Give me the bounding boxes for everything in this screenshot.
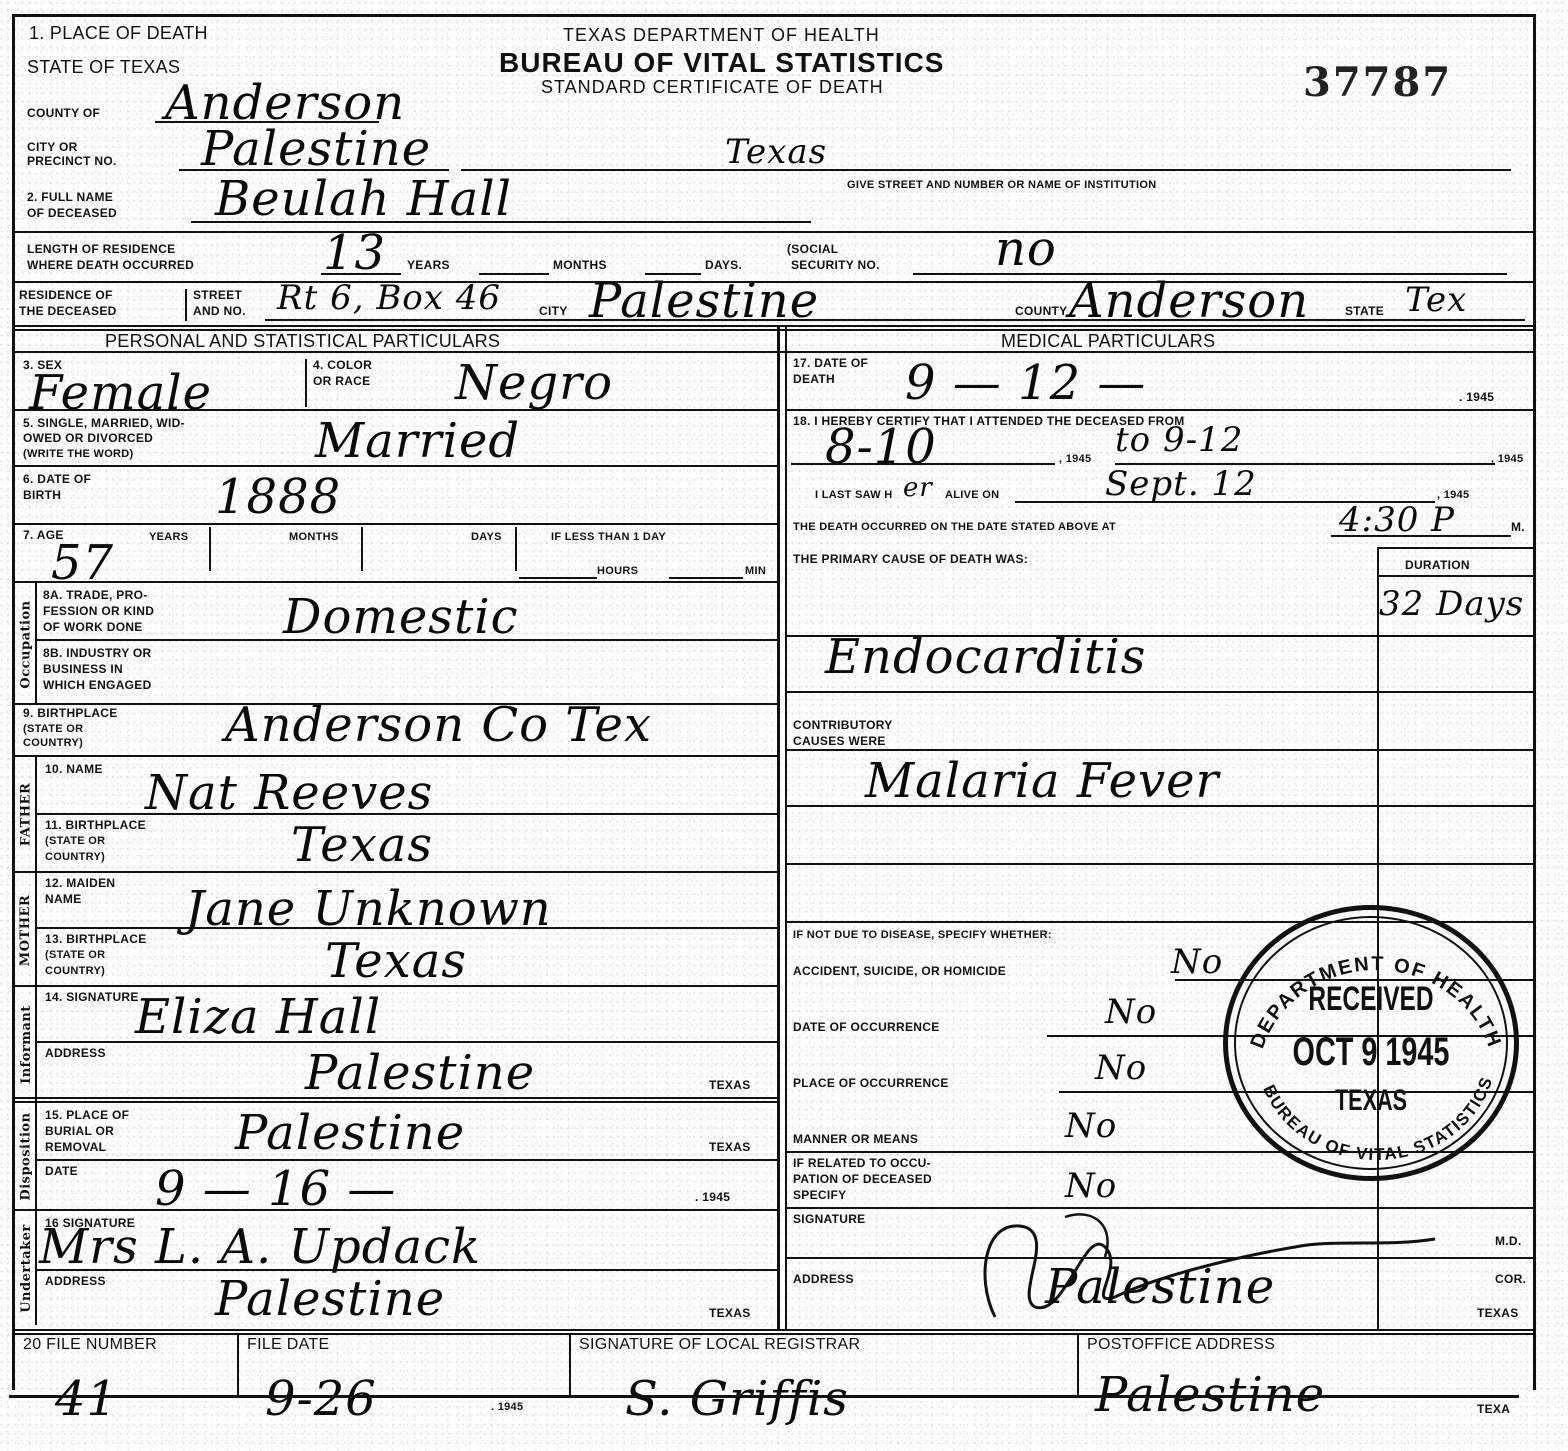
age-hours-label: HOURS — [597, 565, 638, 577]
file-date-label: FILE DATE — [247, 1337, 329, 1353]
residence-underline — [265, 319, 1525, 321]
file-date-value: 9-26 — [265, 1373, 377, 1425]
industry-label-3: WHICH ENGAGED — [43, 679, 152, 692]
burial-year: . 1945 — [695, 1191, 730, 1204]
death-time-label: THE DEATH OCCURRED ON THE DATE STATED AB… — [793, 521, 1116, 533]
divider — [787, 749, 1533, 751]
full-name-label-1: 2. FULL NAME — [27, 191, 113, 204]
dod-year: . 1945 — [1459, 391, 1494, 404]
medical-section-title: MEDICAL PARTICULARS — [1001, 333, 1215, 349]
street-value: Rt 6, Box 46 — [277, 279, 501, 317]
divider — [305, 359, 307, 407]
age-min-label: MIN — [745, 565, 766, 577]
death-time-underline — [1331, 535, 1511, 537]
last-saw-value: Sept. 12 — [1105, 465, 1257, 503]
state-of-texas-label: STATE OF TEXAS — [27, 59, 180, 75]
informant-sig-value: Eliza Hall — [135, 991, 381, 1043]
divider — [237, 1335, 239, 1395]
deceased-name-value: Beulah Hall — [215, 173, 512, 225]
res-state-value: Tex — [1405, 281, 1467, 319]
dob-label-1: 6. DATE OF — [23, 473, 91, 486]
divider — [35, 1159, 777, 1161]
father-name-label: 10. NAME — [45, 763, 103, 776]
physician-signature-label: SIGNATURE — [793, 1213, 865, 1226]
res-city-label: CITY — [539, 305, 568, 318]
informant-addr-label: ADDRESS — [45, 1047, 106, 1060]
marital-label-1: 5. SINGLE, MARRIED, WID- — [23, 417, 185, 430]
months-label: MONTHS — [553, 259, 607, 272]
mother-name-label-1: 12. MAIDEN — [45, 877, 115, 890]
years-underline — [321, 273, 401, 275]
physician-texas: TEXAS — [1477, 1307, 1519, 1320]
ssn-value: no — [995, 223, 1057, 275]
age-years-label: YEARS — [149, 531, 188, 543]
institution-underline — [461, 169, 1511, 171]
divider — [35, 639, 777, 641]
father-side-label: FATHER — [17, 757, 35, 871]
hours-underline — [519, 577, 597, 579]
death-time-suffix: M. — [1511, 521, 1525, 534]
divider — [35, 873, 37, 987]
mother-bp-label-1: 13. BIRTHPLACE — [45, 933, 147, 946]
manner-label: MANNER OR MEANS — [793, 1133, 918, 1146]
divider — [35, 757, 37, 873]
street-label-2: AND NO. — [193, 305, 246, 318]
contributory-label-2: CAUSES WERE — [793, 735, 886, 748]
divider — [1077, 1335, 1079, 1395]
divider — [15, 985, 777, 987]
informant-sig-label: 14. SIGNATURE — [45, 991, 139, 1004]
last-saw-pronoun: er — [903, 473, 933, 503]
res-county-value: Anderson — [1069, 275, 1309, 327]
occ-place-label: PLACE OF OCCURRENCE — [793, 1077, 949, 1090]
undertaker-addr-value: Palestine — [215, 1273, 445, 1325]
divider — [185, 289, 187, 321]
bureau-title: BUREAU OF VITAL STATISTICS — [499, 47, 944, 79]
dod-label-1: 17. DATE OF — [793, 357, 868, 370]
divider — [1377, 547, 1533, 549]
death-time-value: 4:30 P — [1339, 501, 1455, 539]
burial-value: Palestine — [235, 1107, 465, 1159]
res-state-label: STATE — [1345, 305, 1384, 318]
bottom-border — [9, 1395, 1519, 1398]
residence-length-label-2: WHERE DEATH OCCURRED — [27, 259, 194, 272]
birthplace-value: Anderson Co Tex — [225, 699, 652, 751]
birthplace-label-3: COUNTRY) — [23, 737, 83, 749]
registrar-label: SIGNATURE OF LOCAL REGISTRAR — [579, 1337, 860, 1353]
street-label-1: STREET — [193, 289, 242, 302]
informant-side-label: Informant — [17, 989, 35, 1099]
informant-addr-value: Palestine — [305, 1047, 535, 1099]
personal-section-title: PERSONAL AND STATISTICAL PARTICULARS — [105, 333, 500, 349]
divider — [35, 813, 777, 815]
birthplace-label-2: (STATE OR — [23, 723, 83, 735]
race-label-1: 4. COLOR — [313, 359, 372, 372]
informant-texas: TEXAS — [709, 1079, 751, 1092]
mother-bp-label-3: COUNTRY) — [45, 965, 105, 977]
age-less-label: IF LESS THAN 1 DAY — [551, 531, 666, 543]
divider — [15, 409, 777, 411]
manner-value: No — [1065, 1107, 1117, 1145]
duration-label: DURATION — [1405, 559, 1470, 572]
mother-name-label-2: NAME — [45, 893, 82, 906]
file-number-value: 41 — [55, 1373, 118, 1425]
divider — [15, 581, 777, 583]
age-days-label: DAYS — [471, 531, 502, 543]
city-label-1: CITY OR — [27, 141, 78, 154]
stamp-state: TEXAS — [1268, 1084, 1474, 1118]
undertaker-sig-value: Mrs L. A. Updack — [39, 1221, 481, 1273]
father-bp-label-1: 11. BIRTHPLACE — [45, 819, 146, 832]
institution-hint: GIVE STREET AND NUMBER OR NAME OF INSTIT… — [847, 179, 1156, 191]
marital-label-2: OWED OR DIVORCED — [23, 432, 153, 445]
father-bp-label-3: COUNTRY) — [45, 851, 105, 863]
divider — [361, 527, 363, 571]
divider — [35, 583, 37, 705]
divider — [35, 927, 777, 929]
divider — [35, 1103, 37, 1209]
physician-addr-label: ADDRESS — [793, 1273, 854, 1286]
city-value: Palestine — [201, 123, 431, 175]
residence-label-2: THE DECEASED — [19, 305, 117, 318]
form-title: STANDARD CERTIFICATE OF DEATH — [541, 77, 884, 98]
sex-value: Female — [29, 367, 212, 419]
burial-date-value: 9 — 16 — — [155, 1163, 396, 1215]
certificate-number: 37787 — [1303, 59, 1452, 106]
city-value-2: Texas — [725, 133, 827, 171]
min-underline — [669, 577, 743, 579]
divider — [15, 523, 777, 525]
accident-label: ACCIDENT, SUICIDE, OR HOMICIDE — [793, 965, 1006, 978]
occ-date-value: No — [1105, 993, 1157, 1031]
footer-texas: TEXA — [1477, 1403, 1510, 1416]
divider — [1377, 575, 1533, 577]
physician-addr-value: Palestine — [1045, 1261, 1275, 1313]
dod-label-2: DEATH — [793, 373, 835, 386]
months-underline — [479, 273, 549, 275]
double-divider — [15, 1329, 1533, 1335]
double-divider — [15, 1097, 777, 1103]
ssn-label-2: SECURITY NO. — [791, 259, 880, 272]
related-label-3: SPECIFY — [793, 1189, 846, 1202]
attended-to-value: to 9-12 — [1115, 421, 1243, 459]
primary-cause-label: THE PRIMARY CAUSE OF DEATH WAS: — [793, 553, 1028, 566]
divider — [787, 863, 1533, 865]
disposition-side-label: Disposition — [17, 1105, 35, 1207]
divider — [569, 1335, 571, 1395]
dept-title: TEXAS DEPARTMENT OF HEALTH — [563, 25, 880, 46]
attended-from-underline — [791, 463, 1055, 465]
column-divider — [777, 327, 780, 1331]
res-county-label: COUNTY — [1015, 305, 1067, 318]
dob-label-2: BIRTH — [23, 489, 61, 502]
race-label-2: OR RACE — [313, 375, 370, 388]
accident-value: No — [1171, 943, 1223, 981]
burial-label-2: BURIAL OR — [45, 1125, 114, 1138]
county-of-label: COUNTY OF — [27, 107, 100, 120]
dob-value: 1888 — [215, 471, 341, 523]
residence-label-1: RESIDENCE OF — [19, 289, 113, 302]
divider — [15, 231, 1533, 233]
occupation-side-label: Occupation — [17, 585, 35, 703]
mother-side-label: MOTHER — [17, 875, 35, 985]
race-value: Negro — [455, 357, 613, 409]
file-number-label: 20 FILE NUMBER — [23, 1337, 157, 1353]
father-bp-label-2: (STATE OR — [45, 835, 105, 847]
last-saw-label-1: I LAST SAW H — [815, 489, 893, 501]
cor-label: COR. — [1495, 1273, 1526, 1286]
stamp-date: OCT 9 1945 — [1268, 1030, 1474, 1075]
occ-place-value: No — [1095, 1049, 1147, 1087]
father-bp-value: Texas — [291, 819, 433, 871]
column-divider — [785, 327, 787, 1331]
divider — [35, 987, 37, 1101]
birthplace-label-1: 9. BIRTHPLACE — [23, 707, 118, 720]
undertaker-addr-label: ADDRESS — [45, 1275, 106, 1288]
attended-to-year: , 1945 — [1491, 453, 1523, 465]
divider — [15, 871, 777, 873]
days-label: DAYS. — [705, 259, 742, 272]
related-label-2: PATION OF DECEASED — [793, 1173, 932, 1186]
stamp-received: RECEIVED — [1268, 980, 1474, 1019]
related-label-1: IF RELATED TO OCCU- — [793, 1157, 931, 1170]
divider — [15, 1209, 777, 1211]
divider — [35, 1211, 37, 1325]
trade-label-3: OF WORK DONE — [43, 621, 143, 634]
occ-date-label: DATE OF OCCURRENCE — [793, 1021, 940, 1034]
industry-label-2: BUSINESS IN — [43, 663, 123, 676]
postoffice-label: POSTOFFICE ADDRESS — [1087, 1337, 1275, 1353]
contributory-value: Malaria Fever — [865, 755, 1219, 807]
trade-label-2: FESSION OR KIND — [43, 605, 154, 618]
divider — [787, 691, 1533, 693]
mother-bp-value: Texas — [325, 935, 467, 987]
attended-from-year: , 1945 — [1059, 453, 1091, 465]
industry-label-1: 8B. INDUSTRY OR — [43, 647, 152, 660]
place-of-death-label: 1. PLACE OF DEATH — [29, 25, 208, 41]
undertaker-texas: TEXAS — [709, 1307, 751, 1320]
divider — [515, 527, 517, 571]
ssn-label-1: (SOCIAL — [787, 243, 838, 256]
registrar-value: S. Griffis — [625, 1373, 849, 1425]
divider — [15, 755, 777, 757]
trade-value: Domestic — [283, 591, 518, 643]
received-stamp: DEPARTMENT OF HEALTH BUREAU OF VITAL STA… — [1223, 905, 1519, 1181]
divider — [787, 805, 1533, 807]
dod-value: 9 — 12 — — [905, 357, 1146, 409]
undertaker-side-label: Undertaker — [17, 1213, 35, 1323]
residence-years-value: 13 — [323, 227, 386, 279]
mother-bp-label-2: (STATE OR — [45, 949, 105, 961]
age-months-label: MONTHS — [289, 531, 338, 543]
city-label-2: PRECINCT NO. — [27, 155, 117, 168]
full-name-label-2: OF DECEASED — [27, 207, 117, 220]
years-label: YEARS — [407, 259, 450, 272]
not-disease-label: IF NOT DUE TO DISEASE, SPECIFY WHETHER: — [793, 929, 1052, 941]
death-certificate-form: 1. PLACE OF DEATH STATE OF TEXAS TEXAS D… — [12, 14, 1536, 1390]
duration-value: 32 Days — [1379, 585, 1524, 623]
burial-texas: TEXAS — [709, 1141, 751, 1154]
burial-date-label: DATE — [45, 1165, 78, 1178]
divider — [15, 465, 777, 467]
residence-length-label-1: LENGTH OF RESIDENCE — [27, 243, 175, 256]
trade-label-1: 8A. TRADE, PRO- — [43, 589, 148, 602]
primary-cause-value: Endocarditis — [825, 631, 1146, 683]
divider — [209, 527, 211, 571]
divider — [15, 351, 1533, 353]
contributory-label-1: CONTRIBUTORY — [793, 719, 893, 732]
burial-label-1: 15. PLACE OF — [45, 1109, 129, 1122]
res-city-value: Palestine — [589, 275, 819, 327]
father-name-value: Nat Reeves — [145, 767, 433, 819]
file-date-year: . 1945 — [491, 1401, 523, 1413]
burial-label-3: REMOVAL — [45, 1141, 106, 1154]
divider — [787, 409, 1533, 411]
last-saw-label-2: ALIVE ON — [945, 489, 999, 501]
attended-from-value: 8-10 — [825, 421, 937, 473]
marital-value: Married — [315, 415, 520, 467]
marital-label-3: (WRITE THE WORD) — [23, 448, 134, 460]
md-label: M.D. — [1495, 1235, 1522, 1248]
divider — [35, 1041, 777, 1043]
